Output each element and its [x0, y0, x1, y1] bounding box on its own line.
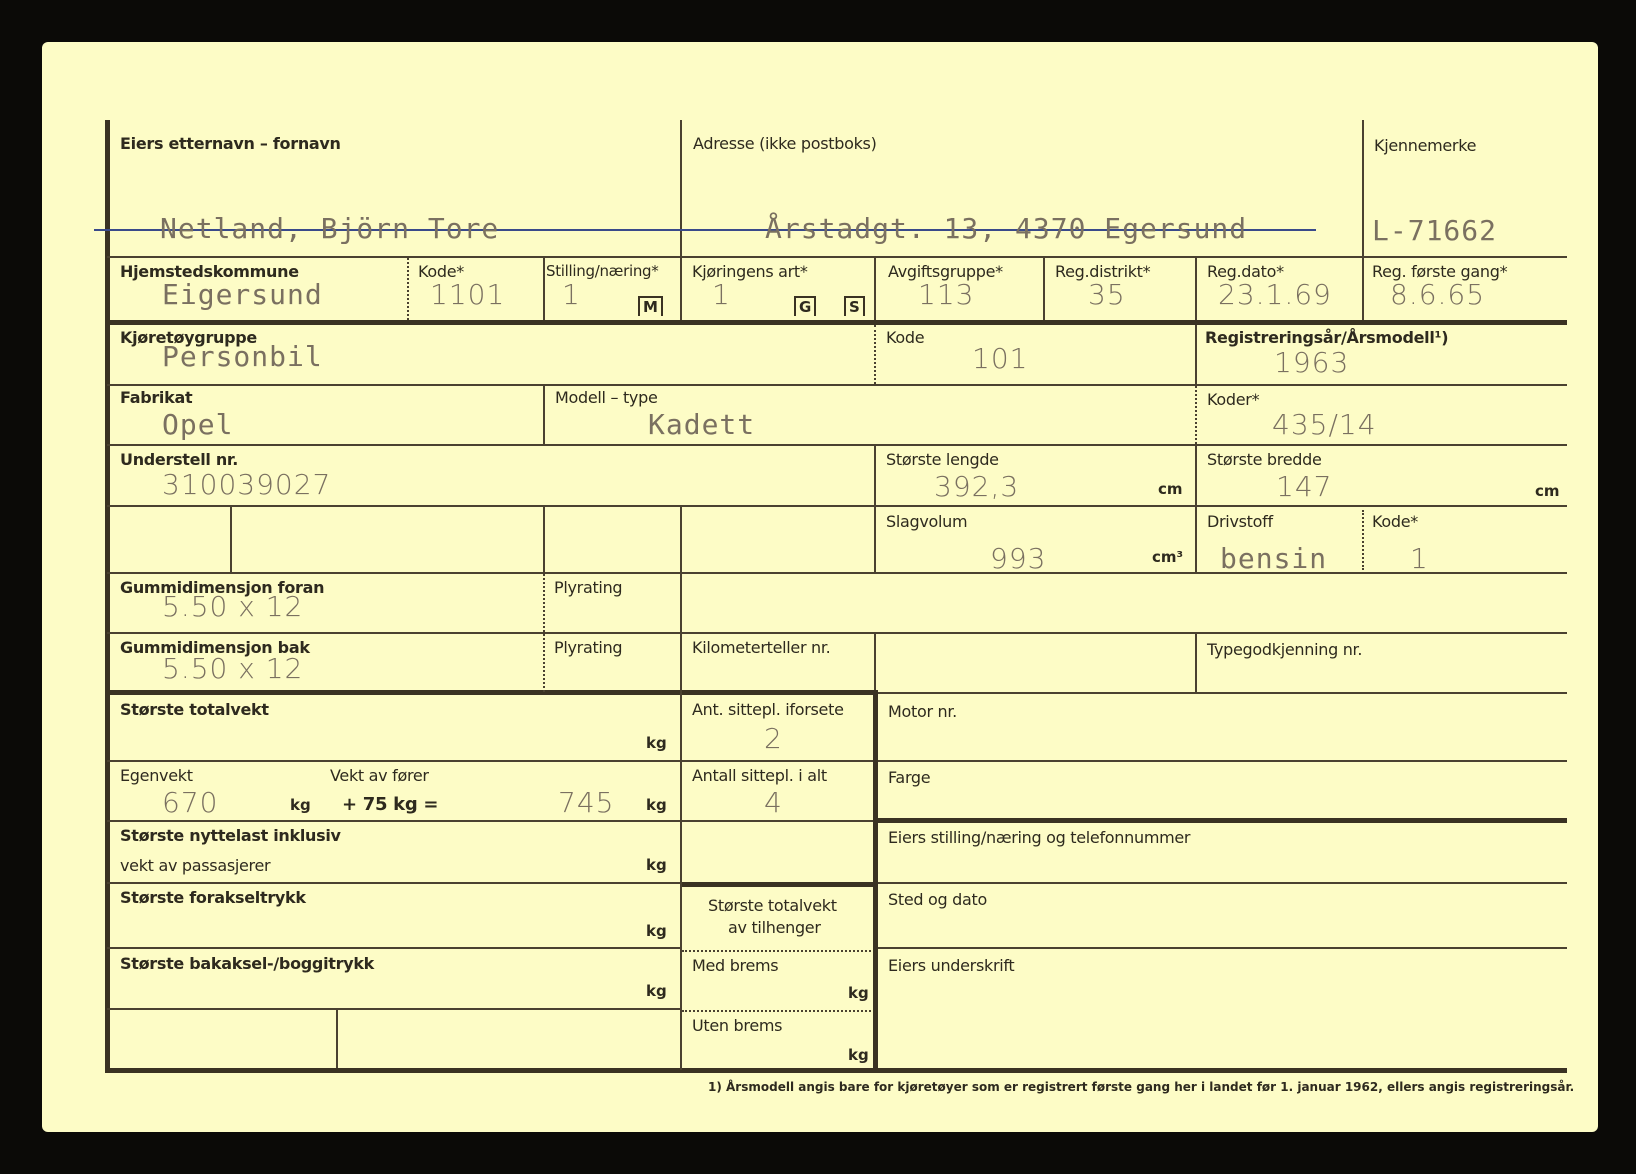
displacement-label: Slagvolum [886, 512, 967, 531]
chassis-value: 310039027 [162, 468, 331, 501]
front-axle-unit: kg [646, 922, 667, 940]
type-approval-label: Typegodkjenning nr. [1207, 640, 1362, 659]
divider [875, 882, 1567, 884]
vehicle-code-label: Kode [886, 328, 924, 347]
divider [543, 507, 545, 572]
tyre-rear-value: 5.50 x 12 [162, 652, 303, 685]
divider [1195, 507, 1197, 572]
divider [543, 258, 545, 320]
divider [107, 256, 1567, 258]
divider [1195, 258, 1197, 320]
divider [680, 820, 875, 822]
divider [107, 690, 875, 695]
bottom-border [105, 1068, 1567, 1073]
with-brakes-label: Med brems [692, 956, 778, 975]
total-weight-unit: kg [646, 796, 667, 814]
vehicle-code-value: 101 [972, 342, 1028, 375]
reg-year-value: 1963 [1274, 346, 1349, 379]
payload-label-1: Største nyttelast inklusiv [120, 826, 341, 845]
divider [107, 444, 1567, 446]
tyre-front-value: 5.50 x 12 [162, 590, 303, 623]
fuel-code-label: Kode* [1372, 512, 1418, 531]
codes-value: 435/14 [1272, 408, 1377, 441]
divider [543, 386, 545, 444]
driving-type-box-g: G [794, 296, 816, 316]
divider [107, 882, 680, 884]
owner-label: Eiers etternavn – fornavn [120, 134, 341, 153]
max-width-unit: cm [1535, 482, 1560, 500]
divider [107, 1008, 680, 1010]
max-width-value: 147 [1276, 470, 1332, 503]
owner-value: Netland, Björn Tore [160, 212, 499, 245]
divider [107, 572, 1567, 574]
signature-label: Eiers underskrift [888, 956, 1014, 975]
divider [874, 634, 876, 692]
reg-district-value: 35 [1088, 278, 1126, 311]
ply-rear-label: Plyrating [554, 638, 622, 657]
owner-occupation-label: Eiers stilling/næring og telefonnummer [888, 828, 1190, 847]
driver-weight-label: Vekt av fører [330, 766, 429, 785]
trailer-label-2: av tilhenger [728, 918, 821, 937]
divider [680, 692, 682, 1070]
driving-type-label: Kjøringens art* [692, 262, 808, 281]
divider [875, 692, 1567, 694]
fuel-code-value: 1 [1410, 542, 1429, 575]
color-label: Farge [888, 768, 930, 787]
reg-year-label: Registreringsår/Årsmodell¹) [1205, 328, 1448, 347]
divider [680, 258, 682, 320]
divider [874, 446, 876, 505]
reg-date-value: 23.1.69 [1218, 278, 1332, 311]
plate-value: L-71662 [1372, 214, 1497, 247]
divider [680, 634, 682, 692]
model-label: Modell – type [555, 388, 658, 407]
displacement-unit: cm³ [1152, 548, 1183, 566]
divider [1195, 386, 1197, 444]
max-length-label: Største lengde [886, 450, 999, 469]
driver-weight-value: + 75 kg = [342, 794, 438, 815]
divider [1362, 510, 1364, 570]
address-value: Årstadgt. 13, 4370 Egersund [765, 212, 1247, 245]
trailer-label-1: Største totalvekt [708, 896, 837, 915]
divider [543, 574, 545, 632]
codes-label: Koder* [1207, 390, 1259, 409]
divider [107, 947, 680, 949]
divider [873, 690, 878, 1070]
odometer-label: Kilometerteller nr. [692, 638, 830, 657]
total-seats-label: Antall sittepl. i alt [692, 766, 827, 785]
own-weight-unit: kg [290, 796, 311, 814]
max-width-label: Største bredde [1207, 450, 1322, 469]
total-seats-value: 4 [764, 786, 783, 819]
occupation-value: 1 [562, 278, 581, 311]
divider [407, 258, 409, 320]
municipality-code-value: 1101 [430, 278, 505, 311]
payload-label-2: vekt av passasjerer [120, 856, 270, 875]
plate-label: Kjennemerke [1374, 136, 1476, 155]
front-seats-label: Ant. sittepl. iforsete [692, 700, 844, 719]
divider [1362, 120, 1364, 256]
fuel-value: bensin [1220, 542, 1327, 575]
occupation-box-m: M [638, 296, 663, 316]
max-length-value: 392,3 [934, 470, 1019, 503]
left-border [105, 120, 110, 1072]
divider [1043, 258, 1045, 320]
home-municipality-value: Eigersund [162, 278, 323, 311]
chassis-label: Understell nr. [120, 450, 238, 469]
divider [875, 818, 1567, 823]
total-weight-value: 745 [558, 786, 614, 819]
divider [680, 120, 682, 256]
driving-type-box-s: S [844, 296, 865, 316]
footnote: 1) Årsmodell angis bare for kjøretøyer s… [708, 1080, 1574, 1094]
rear-axle-label: Største bakaksel-/boggitrykk [120, 954, 374, 973]
front-axle-label: Største forakseltrykk [120, 888, 306, 907]
payload-unit: kg [646, 856, 667, 874]
divider [874, 258, 876, 320]
divider [107, 384, 1567, 386]
divider [680, 882, 875, 887]
first-reg-value: 8.6.65 [1390, 278, 1485, 311]
divider [107, 320, 1567, 325]
divider [1195, 446, 1197, 505]
divider [875, 947, 1567, 949]
divider [230, 507, 232, 572]
own-weight-label: Egenvekt [120, 766, 193, 785]
divider [107, 760, 875, 762]
address-label: Adresse (ikke postboks) [693, 134, 877, 153]
fee-group-value: 113 [918, 278, 974, 311]
divider [874, 507, 876, 572]
divider [107, 820, 680, 822]
fuel-label: Drivstoff [1207, 512, 1273, 531]
divider [336, 1010, 338, 1068]
divider [107, 632, 1567, 634]
max-length-unit: cm [1158, 480, 1183, 498]
make-label: Fabrikat [120, 388, 192, 407]
model-value: Kadett [648, 408, 755, 441]
without-brakes-label: Uten brems [692, 1016, 782, 1035]
divider [874, 325, 876, 384]
with-brakes-unit: kg [848, 984, 869, 1002]
engine-no-label: Motor nr. [888, 702, 957, 721]
divider [682, 1010, 875, 1012]
without-brakes-unit: kg [848, 1046, 869, 1064]
divider [680, 574, 682, 632]
own-weight-value: 670 [162, 786, 218, 819]
place-date-label: Sted og dato [888, 890, 987, 909]
ply-front-label: Plyrating [554, 578, 622, 597]
max-total-weight-label: Største totalvekt [120, 700, 269, 719]
divider [1195, 634, 1197, 692]
divider [875, 760, 1567, 762]
vehicle-group-value: Personbil [162, 340, 323, 373]
divider [543, 634, 545, 692]
front-seats-value: 2 [764, 722, 783, 755]
divider [1362, 258, 1364, 320]
make-value: Opel [162, 408, 233, 441]
max-total-weight-unit: kg [646, 734, 667, 752]
displacement-value: 993 [990, 542, 1046, 575]
divider [1195, 325, 1197, 384]
divider [680, 507, 682, 572]
driving-type-value: 1 [712, 278, 731, 311]
divider [107, 505, 1567, 507]
rear-axle-unit: kg [646, 982, 667, 1000]
divider [682, 950, 875, 952]
